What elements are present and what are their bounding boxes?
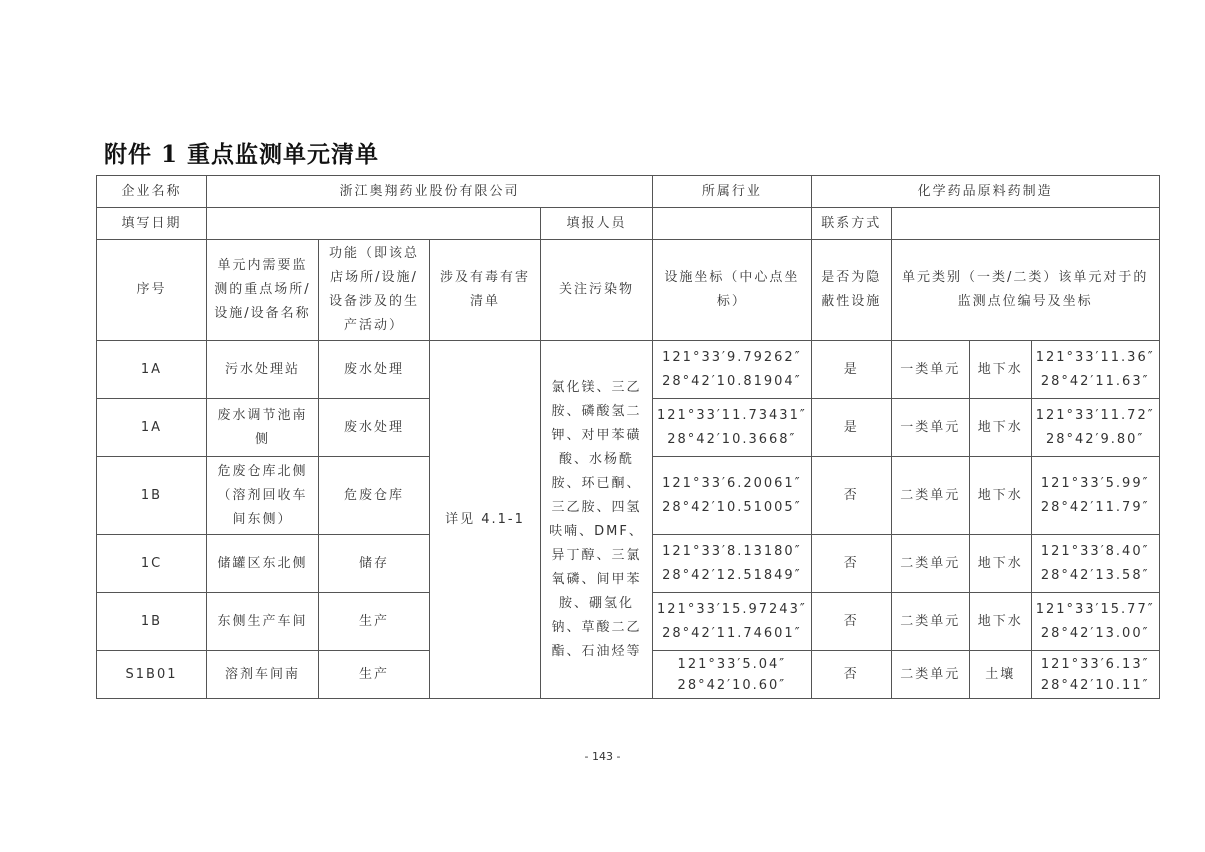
seq-cell: S1B01 [97,651,207,699]
medium-cell: 地下水 [969,535,1031,593]
seq-cell: 1B [97,593,207,651]
latitude: 28°42′11.79″ [1036,496,1155,520]
monitoring-point-coords-cell: 121°33′8.40″28°42′13.58″ [1031,535,1159,593]
unit-class-cell: 二类单元 [891,593,969,651]
medium-cell: 地下水 [969,593,1031,651]
longitude: 121°33′6.20061″ [657,472,807,496]
facility-cell: 溶剂车间南 [207,651,319,699]
industry-label: 所属行业 [653,176,812,208]
unit-class-cell: 一类单元 [891,341,969,399]
longitude: 121°33′6.13″ [1036,654,1155,675]
document-title: 附件 1 重点监测单元清单 [104,136,379,169]
monitoring-point-coords-cell: 121°33′11.72″28°42′9.80″ [1031,399,1159,457]
seq-cell: 1A [97,399,207,457]
company-label: 企业名称 [97,176,207,208]
function-cell: 废水处理 [319,399,430,457]
company-value: 浙江奥翔药业股份有限公司 [207,176,653,208]
header-unit-class: 单元类别（一类/二类）该单元对于的监测点位编号及坐标 [891,240,1159,341]
header-coords: 设施坐标（中心点坐标） [653,240,812,341]
longitude: 121°33′11.72″ [1036,404,1155,428]
hidden-cell: 否 [811,593,891,651]
facility-coords-cell: 121°33′11.73431″28°42′10.3668″ [653,399,812,457]
toxic-list-cell: 详见 4.1-1 [430,341,541,699]
date-row: 填写日期 填报人员 联系方式 [97,208,1160,240]
table-row: 1A 污水处理站 废水处理 详见 4.1-1 氯化镁、三乙胺、磷酸氢二钾、对甲苯… [97,341,1160,399]
facility-coords-cell: 121°33′6.20061″28°42′10.51005″ [653,457,812,535]
unit-class-cell: 二类单元 [891,535,969,593]
longitude: 121°33′5.04″ [657,654,807,675]
unit-class-cell: 一类单元 [891,399,969,457]
facility-cell: 废水调节池南侧 [207,399,319,457]
latitude: 28°42′11.63″ [1036,370,1155,394]
latitude: 28°42′10.11″ [1036,675,1155,696]
longitude: 121°33′11.36″ [1036,346,1155,370]
hidden-cell: 否 [811,457,891,535]
latitude: 28°42′13.00″ [1036,622,1155,646]
monitoring-point-coords-cell: 121°33′11.36″28°42′11.63″ [1031,341,1159,399]
facility-cell: 污水处理站 [207,341,319,399]
page-number: - 143 - [0,750,1205,763]
header-toxic-list: 涉及有毒有害清单 [430,240,541,341]
longitude: 121°33′5.99″ [1036,472,1155,496]
header-hidden: 是否为隐蔽性设施 [811,240,891,341]
seq-cell: 1A [97,341,207,399]
monitoring-point-coords-cell: 121°33′15.77″28°42′13.00″ [1031,593,1159,651]
medium-cell: 地下水 [969,457,1031,535]
monitoring-point-coords-cell: 121°33′5.99″28°42′11.79″ [1031,457,1159,535]
seq-cell: 1C [97,535,207,593]
date-value [207,208,541,240]
facility-cell: 东侧生产车间 [207,593,319,651]
reporter-value [653,208,812,240]
latitude: 28°42′10.81904″ [657,370,807,394]
monitoring-point-coords-cell: 121°33′6.13″28°42′10.11″ [1031,651,1159,699]
header-pollutants: 关注污染物 [541,240,653,341]
function-cell: 废水处理 [319,341,430,399]
medium-cell: 地下水 [969,399,1031,457]
date-label: 填写日期 [97,208,207,240]
pollutants-cell: 氯化镁、三乙胺、磷酸氢二钾、对甲苯磺酸、水杨酰胺、环已酮、三乙胺、四氢呋喃、DM… [541,341,653,699]
unit-class-cell: 二类单元 [891,457,969,535]
facility-cell: 危废仓库北侧（溶剂回收车间东侧） [207,457,319,535]
medium-cell: 土壤 [969,651,1031,699]
unit-class-cell: 二类单元 [891,651,969,699]
company-row: 企业名称 浙江奥翔药业股份有限公司 所属行业 化学药品原料药制造 [97,176,1160,208]
longitude: 121°33′15.77″ [1036,598,1155,622]
header-seq: 序号 [97,240,207,341]
latitude: 28°42′12.51849″ [657,564,807,588]
reporter-label: 填报人员 [541,208,653,240]
latitude: 28°42′9.80″ [1036,428,1155,452]
medium-cell: 地下水 [969,341,1031,399]
key-monitoring-units-table: 企业名称 浙江奥翔药业股份有限公司 所属行业 化学药品原料药制造 填写日期 填报… [96,175,1160,699]
hidden-cell: 是 [811,341,891,399]
facility-coords-cell: 121°33′5.04″28°42′10.60″ [653,651,812,699]
longitude: 121°33′8.40″ [1036,540,1155,564]
contact-value [891,208,1159,240]
contact-label: 联系方式 [811,208,891,240]
latitude: 28°42′10.60″ [657,675,807,696]
hidden-cell: 是 [811,399,891,457]
header-row: 序号 单元内需要监测的重点场所/设施/设备名称 功能（即该总店场所/设施/设备涉… [97,240,1160,341]
function-cell: 生产 [319,651,430,699]
seq-cell: 1B [97,457,207,535]
longitude: 121°33′8.13180″ [657,540,807,564]
function-cell: 生产 [319,593,430,651]
header-function: 功能（即该总店场所/设施/设备涉及的生产活动） [319,240,430,341]
hidden-cell: 否 [811,535,891,593]
header-facility: 单元内需要监测的重点场所/设施/设备名称 [207,240,319,341]
latitude: 28°42′10.3668″ [657,428,807,452]
industry-value: 化学药品原料药制造 [811,176,1159,208]
facility-coords-cell: 121°33′8.13180″28°42′12.51849″ [653,535,812,593]
latitude: 28°42′11.74601″ [657,622,807,646]
function-cell: 储存 [319,535,430,593]
longitude: 121°33′11.73431″ [657,404,807,428]
hidden-cell: 否 [811,651,891,699]
latitude: 28°42′13.58″ [1036,564,1155,588]
longitude: 121°33′9.79262″ [657,346,807,370]
facility-coords-cell: 121°33′15.97243″28°42′11.74601″ [653,593,812,651]
latitude: 28°42′10.51005″ [657,496,807,520]
longitude: 121°33′15.97243″ [657,598,807,622]
facility-coords-cell: 121°33′9.79262″28°42′10.81904″ [653,341,812,399]
facility-cell: 储罐区东北侧 [207,535,319,593]
function-cell: 危废仓库 [319,457,430,535]
